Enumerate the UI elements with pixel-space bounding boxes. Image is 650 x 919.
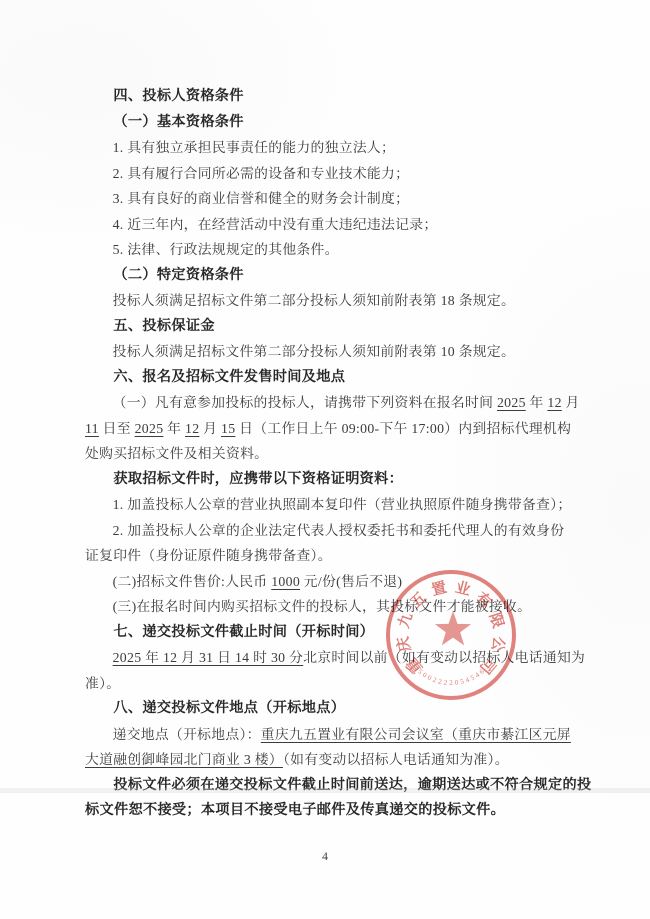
text-line: (二)招标文件售价:人民币 1000 元/份(售后不退) (85, 569, 585, 595)
text-line: 1. 加盖投标人公章的营业执照副本复印件（营业执照原件随身携带备查）； (85, 492, 585, 518)
text-segment: （一）基本资格条件 (113, 114, 243, 130)
text-line: 2. 加盖投标人公章的企业法定代表人授权委托书和委托代理人的有效身份 (85, 518, 585, 544)
text-segment: (二)招标文件售价:人民币 (113, 574, 272, 589)
text-segment: 日至 (99, 421, 135, 436)
text-line: 大道融创御峰园北门商业 3 楼）（如有变动以招标人电话通知为准）。 (85, 747, 585, 773)
text-line: 处购买招标文件及相关资料。 (85, 441, 585, 467)
text-segment: 七、递交投标文件截止时间（开标时间） (113, 624, 374, 640)
text-segment: （如有变动以招标人电话通知为准）。 (283, 752, 509, 767)
heading-line: 六、报名及招标文件发售时间及地点 (85, 365, 585, 391)
text-segment: 4. 近三年内，在经营活动中没有重大违纪违法记录； (113, 217, 438, 232)
text-line: 投标人须满足招标文件第二部分投标人须知前附表第 18 条规定。 (85, 288, 585, 314)
document-body: 四、投标人资格条件（一）基本资格条件1. 具有独立承担民事责任的能力的独立法人；… (85, 84, 585, 824)
text-segment: 投标人须满足招标文件第二部分投标人须知前附表第 10 条规定。 (113, 344, 516, 359)
document-page: 四、投标人资格条件（一）基本资格条件1. 具有独立承担民事责任的能力的独立法人；… (0, 0, 650, 919)
text-segment: 元/份(售后不退) (300, 574, 402, 589)
text-segment: 2. 具有履行合同所必需的设备和专业技术能力； (113, 166, 410, 181)
text-segment: 年 (526, 395, 548, 410)
underlined-text: 2025 (135, 421, 164, 436)
heading-line: 五、投标保证金 (85, 314, 585, 340)
text-line: (三)在报名时间内购买招标文件的投标人，其投标文件才能被接收。 (85, 594, 585, 620)
text-segment: 八、递交投标文件地点（开标地点） (113, 700, 345, 716)
text-segment: 获取招标文件时，应携带以下资格证明资料： (113, 471, 403, 487)
text-segment: 北京时间以前（如有变动以招标人电话通知为 (303, 650, 585, 665)
heading-line: 四、投标人资格条件 (85, 84, 585, 110)
text-line: 3. 具有良好的商业信誉和健全的财务会计制度； (85, 186, 585, 212)
underlined-text: 2025 年 12 月 31 日 14 时 30 分 (113, 650, 304, 665)
text-segment: 投标人须满足招标文件第二部分投标人须知前附表第 18 条规定。 (113, 293, 516, 308)
text-segment: 六、报名及招标文件发售时间及地点 (113, 369, 345, 385)
underlined-text: 12 (185, 421, 199, 436)
text-line: 证复印件（身份证原件随身携带备查）。 (85, 543, 585, 569)
heading-line: 标文件恕不接受；本项目不接受电子邮件及传真递交的投标文件。 (85, 798, 585, 824)
underlined-text: 2025 (497, 395, 526, 410)
underlined-text: 1000 (271, 574, 300, 589)
underlined-text: 大道融创御峰园北门商业 3 楼） (85, 752, 283, 767)
heading-line: 八、递交投标文件地点（开标地点） (85, 696, 585, 722)
text-segment: 证复印件（身份证原件随身携带备查）。 (85, 548, 332, 563)
text-segment: 准）。 (85, 676, 120, 691)
underlined-text: 12 (547, 395, 561, 410)
heading-line: 投标文件必须在递交投标文件截止时间前送达，逾期送达或不符合规定的投 (85, 773, 585, 799)
text-segment: 5. 法律、行政法规规定的其他条件。 (113, 242, 339, 257)
text-segment: (三)在报名时间内购买招标文件的投标人，其投标文件才能被接收。 (113, 599, 532, 614)
heading-line: 七、递交投标文件截止时间（开标时间） (85, 620, 585, 646)
underlined-text: 重庆九五置业有限公司会议室（重庆市綦江区元屏 (261, 727, 571, 742)
text-segment: 2. 加盖投标人公章的企业法定代表人授权委托书和委托代理人的有效身份 (113, 523, 565, 538)
text-segment: 处购买招标文件及相关资料。 (85, 446, 268, 461)
text-line: 递交地点（开标地点）：重庆九五置业有限公司会议室（重庆市綦江区元屏 (85, 722, 585, 748)
text-segment: 递交地点（开标地点）： (113, 727, 261, 742)
heading-line: （二）特定资格条件 (85, 263, 585, 289)
text-segment: 标文件恕不接受；本项目不接受电子邮件及传真递交的投标文件。 (85, 802, 505, 818)
underlined-text: 15 (221, 421, 235, 436)
text-line: （一）凡有意参加投标的投标人，请携带下列资料在报名时间 2025 年 12 月 (85, 390, 585, 416)
page-number: 4 (0, 849, 650, 864)
text-line: 1. 具有独立承担民事责任的能力的独立法人； (85, 135, 585, 161)
text-segment: 1. 具有独立承担民事责任的能力的独立法人； (113, 140, 396, 155)
text-segment: 日（工作日上午 09:00-下午 17:00）内到招标代理机构 (235, 421, 571, 436)
text-line: 4. 近三年内，在经营活动中没有重大违纪违法记录； (85, 212, 585, 238)
text-segment: （一）凡有意参加投标的投标人，请携带下列资料在报名时间 (113, 395, 497, 410)
text-segment: （二）特定资格条件 (113, 267, 243, 283)
text-line: 准）。 (85, 671, 585, 697)
text-line: 5. 法律、行政法规规定的其他条件。 (85, 237, 585, 263)
text-line: 2025 年 12 月 31 日 14 时 30 分北京时间以前（如有变动以招标… (85, 645, 585, 671)
heading-line: 获取招标文件时，应携带以下资格证明资料： (85, 467, 585, 493)
text-segment: 3. 具有良好的商业信誉和健全的财务会计制度； (113, 191, 410, 206)
heading-line: （一）基本资格条件 (85, 110, 585, 136)
text-segment: 五、投标保证金 (113, 318, 214, 334)
underlined-text: 11 (85, 421, 99, 436)
text-segment: 月 (562, 395, 580, 410)
text-line: 投标人须满足招标文件第二部分投标人须知前附表第 10 条规定。 (85, 339, 585, 365)
text-segment: 四、投标人资格条件 (113, 88, 243, 104)
text-line: 11 日至 2025 年 12 月 15 日（工作日上午 09:00-下午 17… (85, 416, 585, 442)
text-segment: 年 (163, 421, 185, 436)
text-segment: 月 (199, 421, 221, 436)
text-segment: 1. 加盖投标人公章的营业执照副本复印件（营业执照原件随身携带备查）； (113, 497, 572, 512)
text-line: 2. 具有履行合同所必需的设备和专业技术能力； (85, 161, 585, 187)
text-segment: 投标文件必须在递交投标文件截止时间前送达，逾期送达或不符合规定的投 (113, 777, 591, 793)
